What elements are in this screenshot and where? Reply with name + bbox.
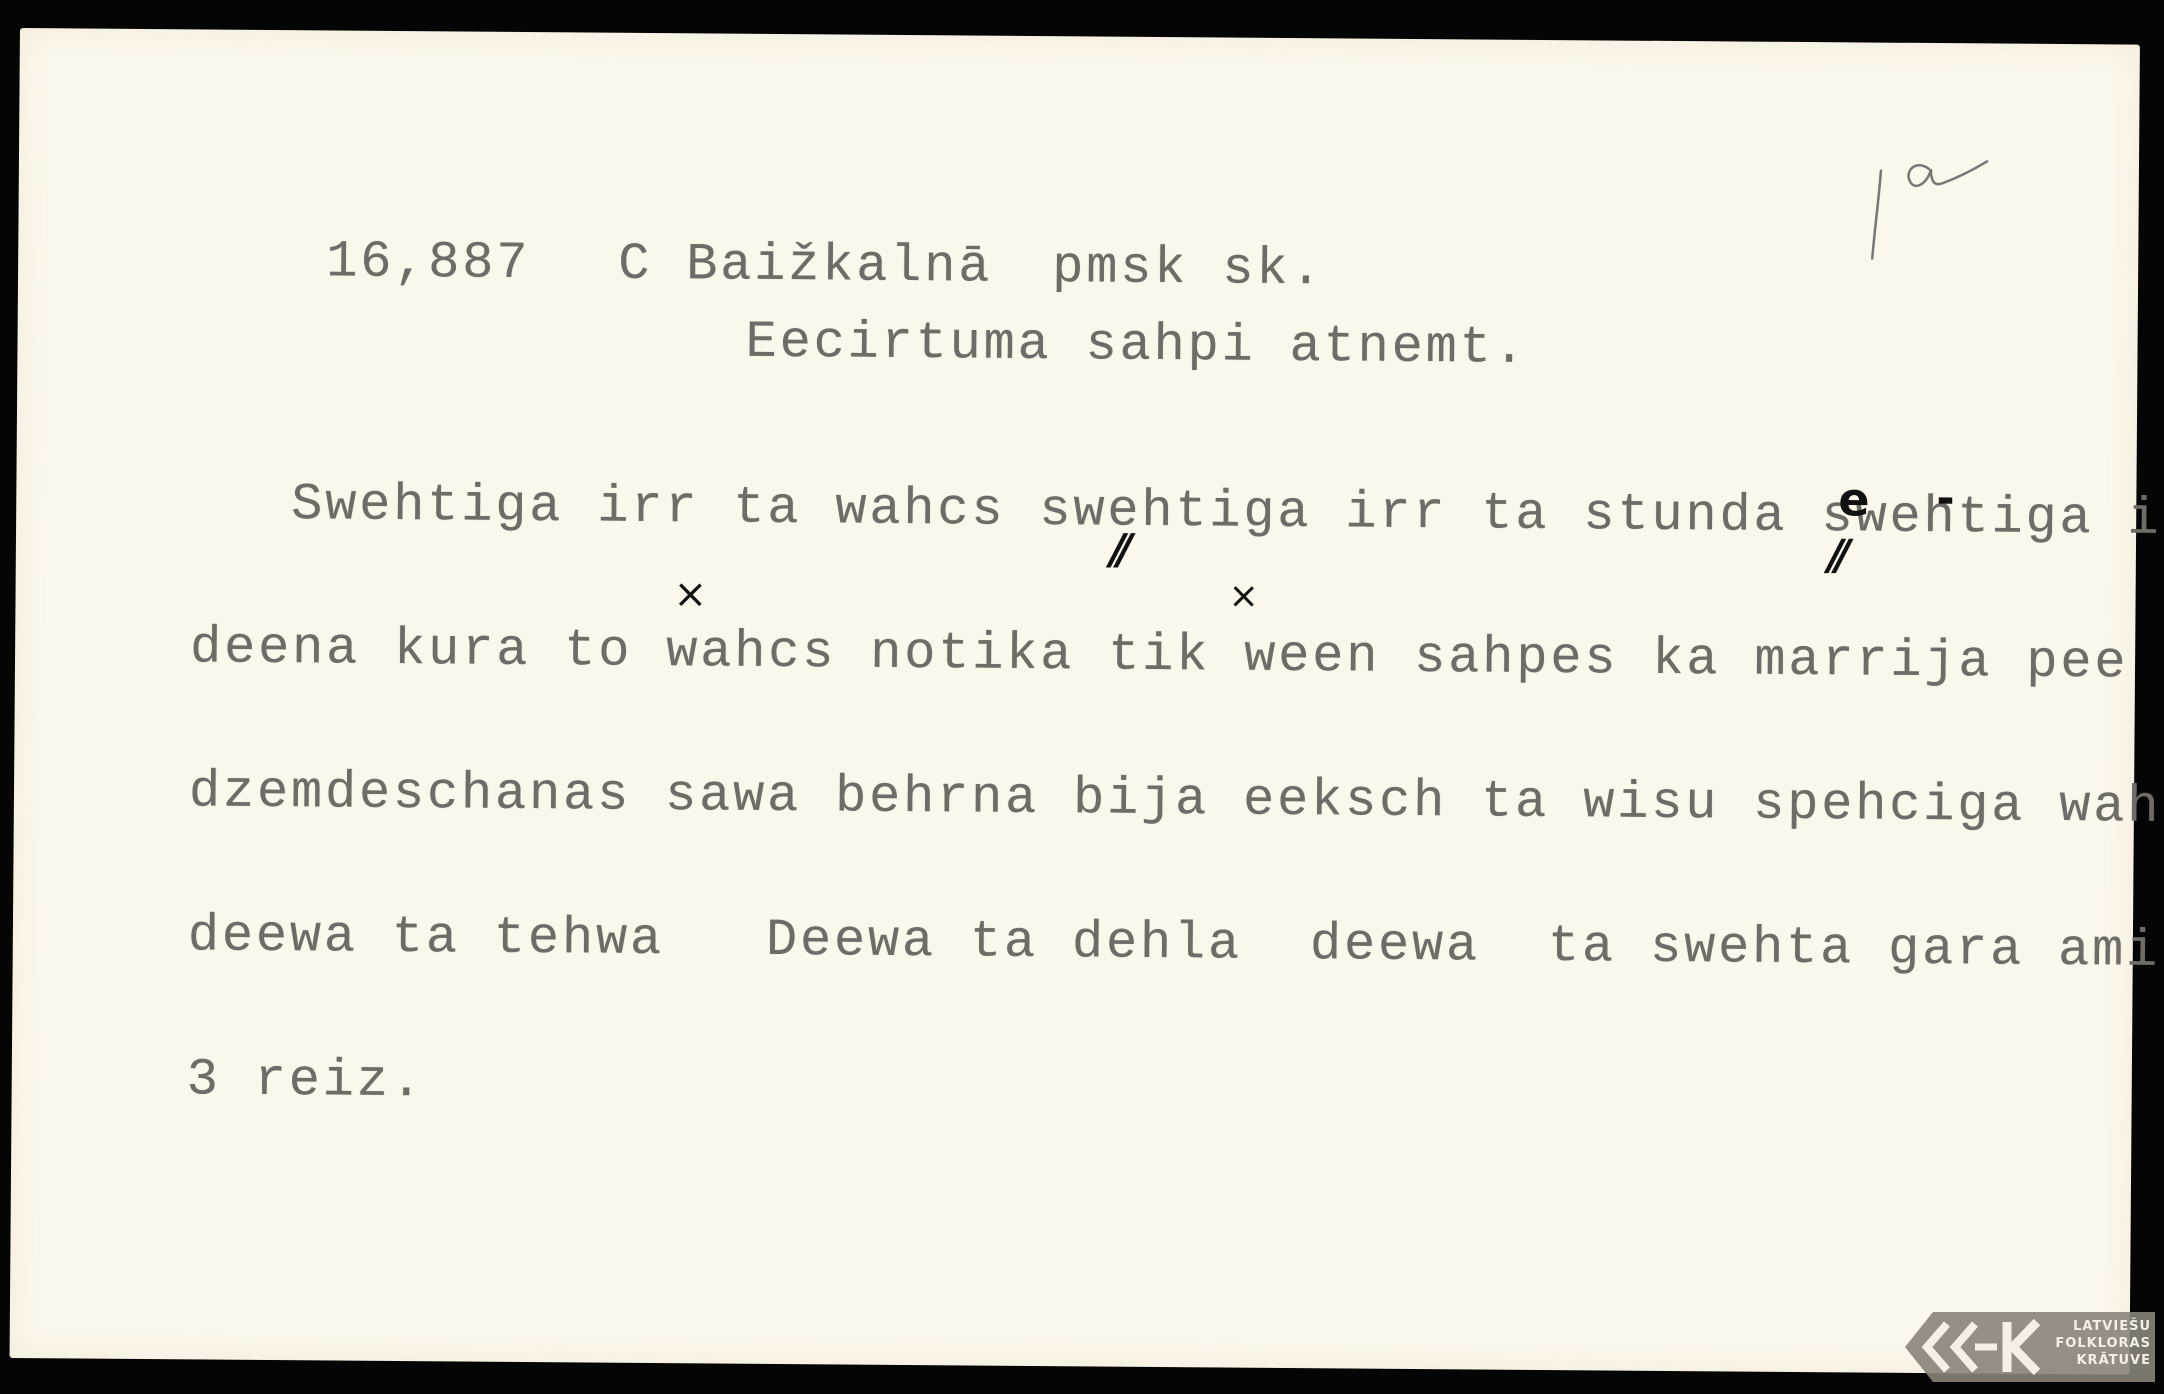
pencil-hyphen: - <box>1936 473 1955 524</box>
body-line: 3 reiz. <box>187 1056 2164 1120</box>
pencil-cross-mark: × <box>1228 576 1258 617</box>
catalog-number: 16,887 <box>326 238 530 288</box>
body-line: deena kura to wahcs notika tik ween sahp… <box>190 624 2164 688</box>
logo-line: FOLKLORAS <box>2055 1335 2151 1352</box>
body-line: dzemdeschanas sawa behrna bija eeksch ta… <box>189 768 2164 832</box>
body-line: deewa ta tehwa Deewa ta dehla deewa ta s… <box>188 912 2164 976</box>
place-name: Baižkalnā <box>686 241 992 291</box>
logo-line: LATVIEŠU <box>2055 1318 2151 1335</box>
source-label: pmsk sk. <box>1052 244 1324 294</box>
logo-text: LATVIEŠU FOLKLORAS KRĀTUVE <box>2055 1318 2151 1369</box>
card-title: Eecirtuma sahpi atnemt. <box>745 319 1527 373</box>
archive-card: 16,887CBaižkalnāpmsk sk. Eecirtuma sahpi… <box>10 28 2140 1375</box>
pencil-correction-e: e <box>1838 472 1870 526</box>
pencil-deletion-mark: // <box>1110 525 1125 574</box>
archive-logo: LATVIEŠU FOLKLORAS KRĀTUVE <box>1905 1312 2155 1382</box>
handwritten-page-mark <box>1858 140 1999 261</box>
collection-letter: C <box>618 241 652 289</box>
pencil-deletion-mark: // <box>1828 530 1843 579</box>
logo-line: KRĀTUVE <box>2055 1352 2151 1369</box>
pencil-cross-mark: × <box>673 571 707 617</box>
